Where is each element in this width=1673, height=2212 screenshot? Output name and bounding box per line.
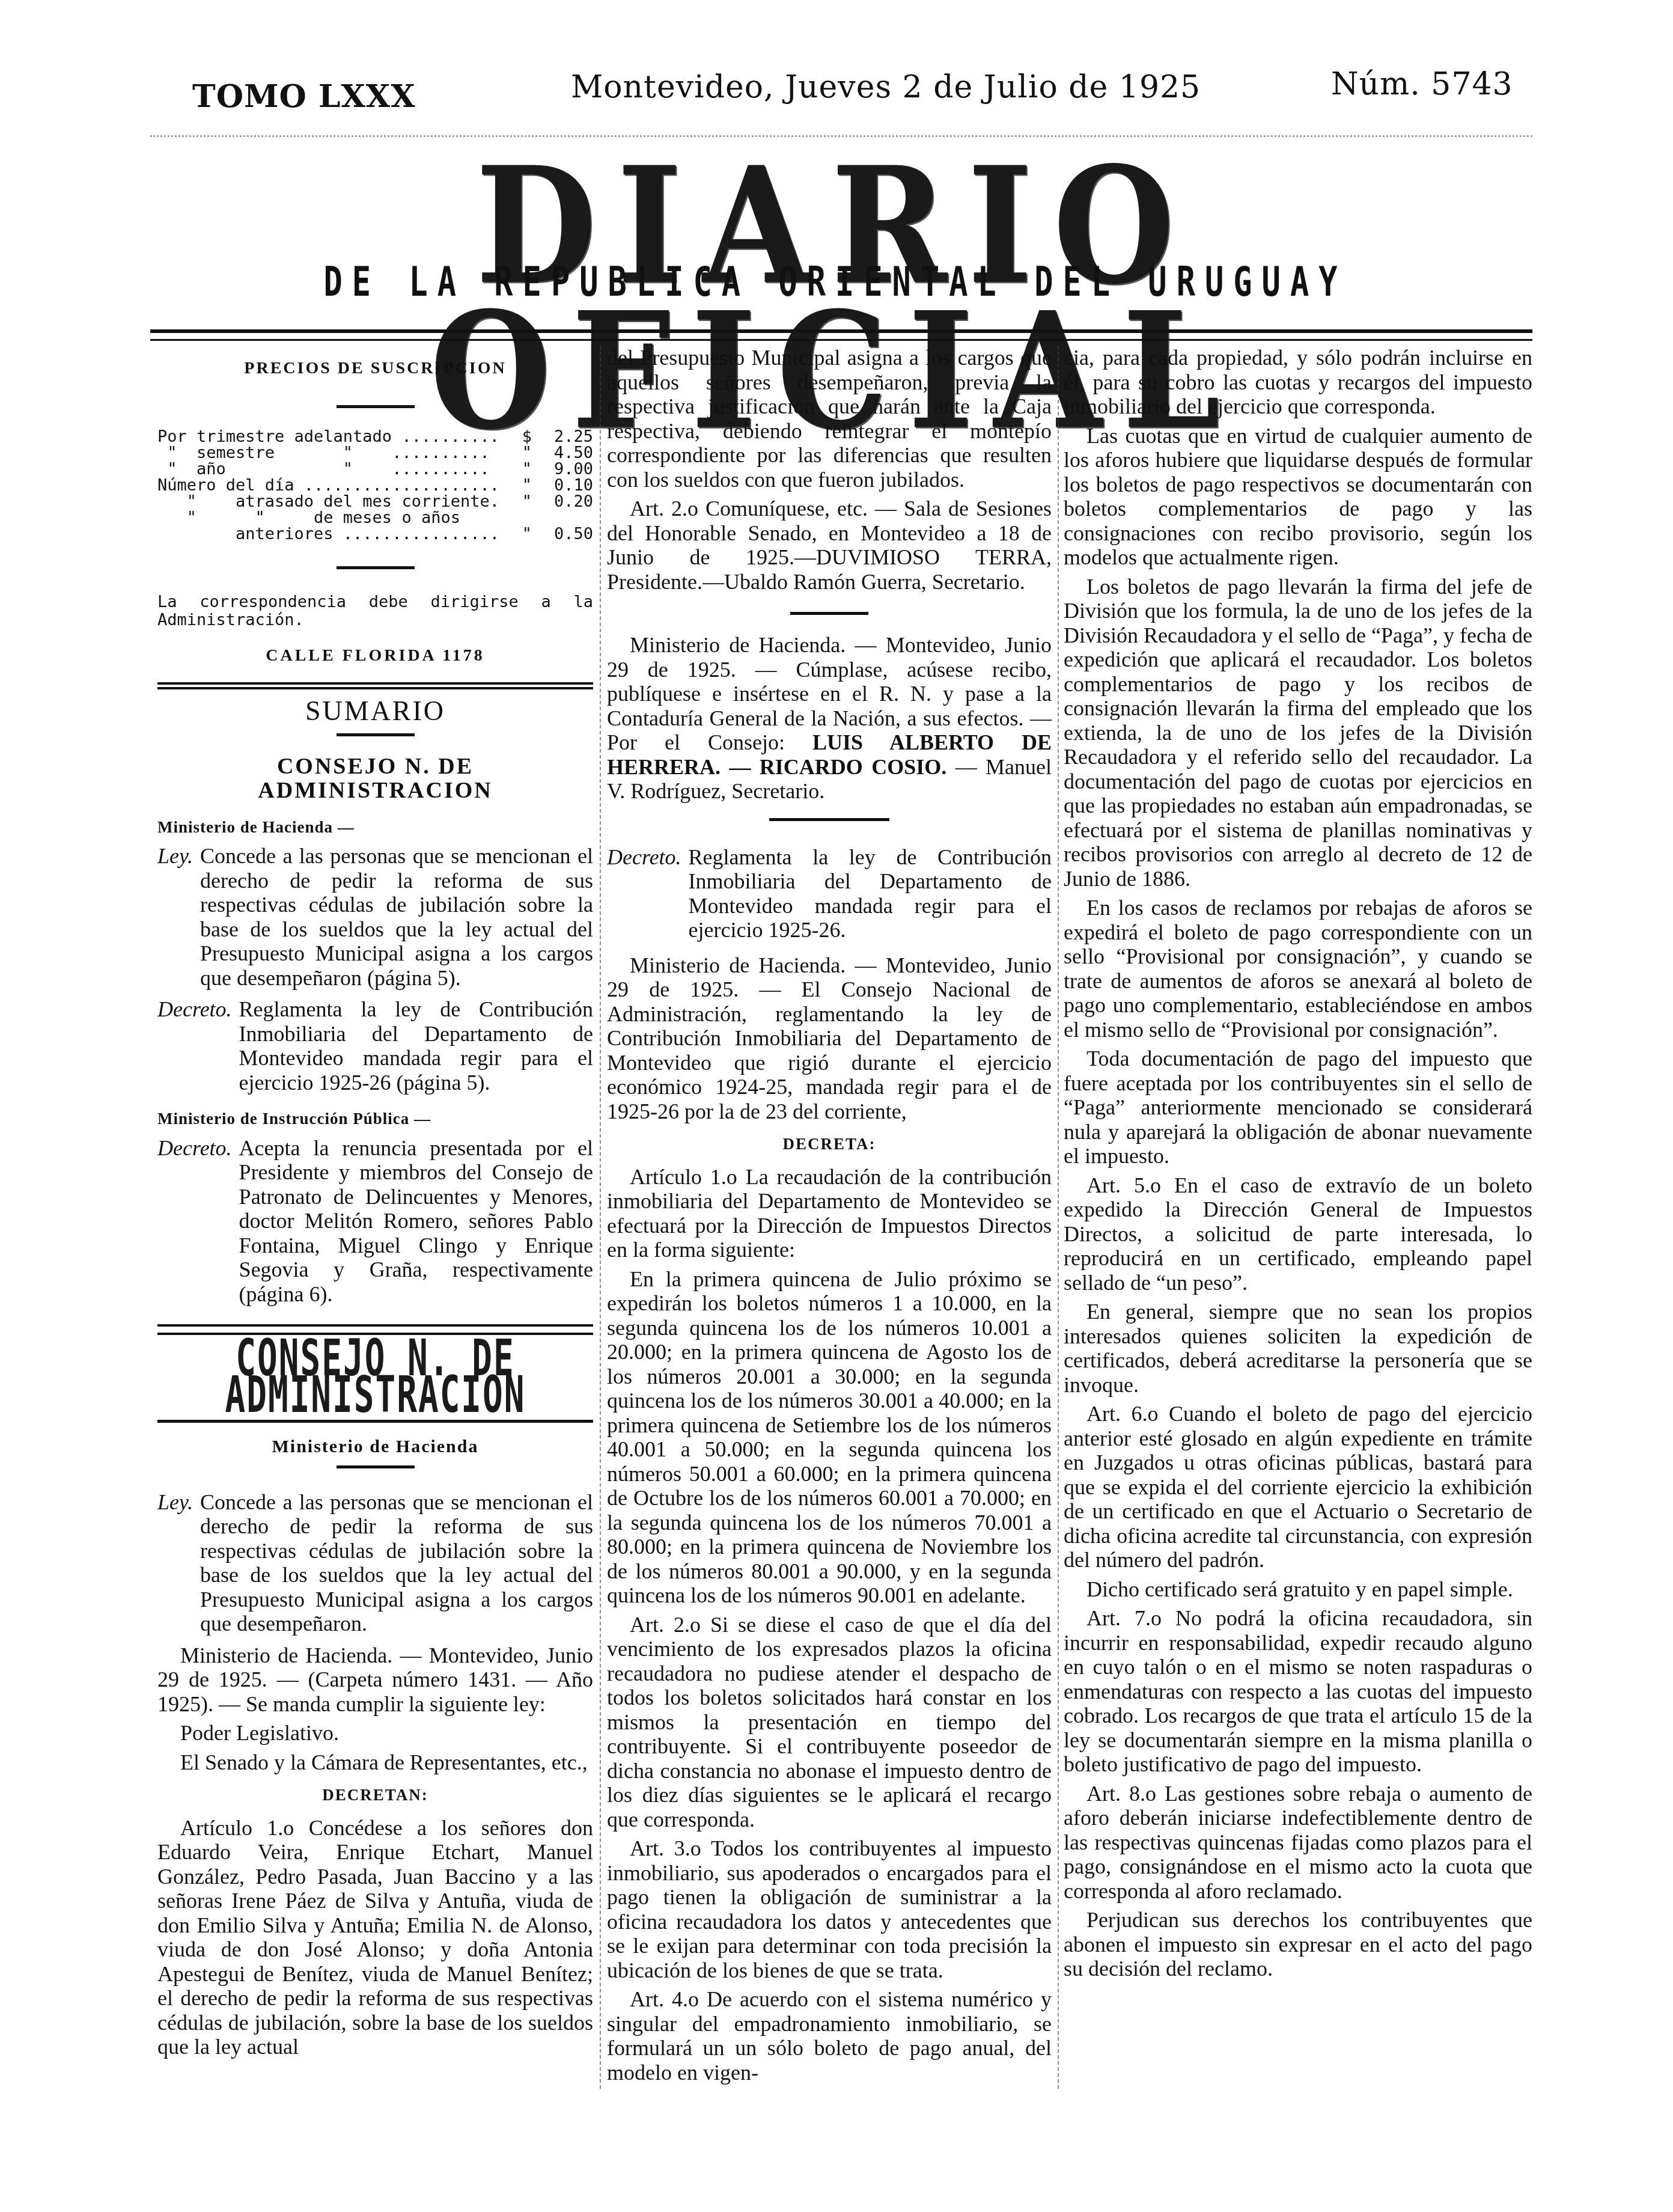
paragraph: Artículo 1.o La recaudación de la contri… xyxy=(607,1165,1052,1262)
col2-paragraphs: Artículo 1.o La recaudación de la contri… xyxy=(607,1165,1052,2085)
price-label: " semestre " .......... xyxy=(157,445,509,461)
ministry-heading: Ministerio de Hacienda xyxy=(157,1435,593,1459)
column-middle: del Presupuesto Municipal asigna a los c… xyxy=(607,346,1052,2089)
paragraph: Art. 4.o De acuerdo con el sistema numér… xyxy=(607,1987,1052,2085)
entry-text: Concede a las personas que se mencionan … xyxy=(200,1490,593,1636)
price-row: Número del día ...................."0.10 xyxy=(157,477,593,493)
paragraph: Ministerio de Hacienda. — Montevideo, Ju… xyxy=(157,1643,593,1717)
decreto-entry: Decreto. Reglamenta la ley de Contribuci… xyxy=(607,845,1052,943)
paragraph: Art. 3.o Todos los contribuyentes al imp… xyxy=(607,1836,1052,1982)
column-divider xyxy=(600,346,601,2089)
price-label: Número del día .................... xyxy=(157,477,509,493)
ministry-heading: Ministerio de Hacienda — xyxy=(157,815,593,840)
price-label: Por trimestre adelantado .......... xyxy=(157,429,509,445)
paragraph: Los boletos de pago llevarán la firma de… xyxy=(1064,575,1532,891)
entry-kind: Ley. xyxy=(157,1490,200,1636)
paragraph: Art. 2.o Si se diese el caso de que el d… xyxy=(607,1613,1052,1832)
price-value: 0.50 xyxy=(545,526,593,542)
price-value: 0.20 xyxy=(545,493,593,510)
price-currency: " xyxy=(509,461,545,477)
paragraph: El Senado y la Cámara de Representantes,… xyxy=(157,1750,593,1775)
section-rule xyxy=(157,682,593,689)
price-value: 0.10 xyxy=(545,477,593,493)
sumario-groups: Ministerio de Hacienda —Ley.Concede a la… xyxy=(157,815,593,1307)
price-row: Por trimestre adelantado ..........$2.25 xyxy=(157,429,593,445)
price-currency: " xyxy=(509,445,545,461)
column-right: cia, para cada propiedad, y sólo podrán … xyxy=(1064,346,1532,1986)
price-value: 4.50 xyxy=(545,445,593,461)
paragraph: Perjudican sus derechos los contribuyent… xyxy=(1064,1908,1532,1981)
header-double-rule xyxy=(150,329,1532,341)
decretan-heading: DECRETAN: xyxy=(157,1783,593,1807)
paragraph: Art. 6.o Cuando el boleto de pago del ej… xyxy=(1064,1402,1532,1572)
masthead-subtitle: DE LA REPUBLICA ORIENTAL DEL URUGUAY xyxy=(156,259,1514,306)
paragraph: Toda documentación de pago del impuesto … xyxy=(1064,1046,1532,1169)
sumario-title: SUMARIO xyxy=(157,699,593,724)
short-rule xyxy=(337,405,415,408)
entry-text: Reglamenta la ley de Contribución Inmobi… xyxy=(689,845,1052,943)
short-rule xyxy=(790,612,868,615)
volume-label: TOMO LXXX xyxy=(192,78,416,115)
col3-paragraphs: cia, para cada propiedad, y sólo podrán … xyxy=(1064,346,1532,1981)
price-label: " atrasado del mes corriente. xyxy=(157,493,509,510)
entry-text: Acepta la renuncia presentada por el Pre… xyxy=(239,1136,593,1307)
price-row: " " de meses o años xyxy=(157,510,593,526)
issue-number: Núm. 5743 xyxy=(1331,66,1513,102)
price-row: " año " .........."9.00 xyxy=(157,461,593,477)
price-currency: " xyxy=(509,477,545,493)
sumario-entry: Ley.Concede a las personas que se mencio… xyxy=(157,844,593,990)
paragraph: Art. 8.o Las gestiones sobre rebaja o au… xyxy=(1064,1782,1532,1904)
place-date: Montevideo, Jueves 2 de Julio de 1925 xyxy=(571,69,1201,105)
decree-preamble: Ministerio de Hacienda. — Montevideo, Ju… xyxy=(607,953,1052,1124)
entry-kind: Ley. xyxy=(157,844,200,990)
short-rule xyxy=(337,733,415,736)
price-currency xyxy=(509,510,545,526)
column-divider xyxy=(1058,346,1059,2089)
price-label: " " de meses o años xyxy=(157,510,509,526)
entry-kind: Decreto. xyxy=(607,845,689,943)
continuation-text: del Presupuesto Municipal asigna a los c… xyxy=(607,346,1052,492)
paragraph: Las cuotas que en virtud de cualquier au… xyxy=(1064,424,1532,570)
paragraph: En la primera quincena de Julio próximo … xyxy=(607,1267,1052,1608)
price-value: 2.25 xyxy=(545,429,593,445)
price-row: " semestre " .........."4.50 xyxy=(157,445,593,461)
decreta-heading: DECRETA: xyxy=(607,1132,1052,1156)
price-currency: $ xyxy=(509,429,545,445)
paragraph: En general, siempre que no sean los prop… xyxy=(1064,1300,1532,1397)
price-label: anteriores ................ xyxy=(157,526,509,542)
ley-entry: Ley. Concede a las personas que se menci… xyxy=(157,1490,593,1636)
entry-text: Reglamenta la ley de Contribución Inmobi… xyxy=(239,997,593,1095)
paragraph: Dicho certificado será gratuito y en pap… xyxy=(1064,1577,1532,1602)
sumario-entry: Decreto.Acepta la renuncia presentada po… xyxy=(157,1136,593,1307)
column-left: PRECIOS DE SUSCRIPCION Por trimestre ade… xyxy=(157,346,593,2064)
price-currency: " xyxy=(509,493,545,510)
correspondence-note: La correspondencia debe dirigirse a la A… xyxy=(157,593,593,629)
short-rule xyxy=(337,1465,415,1468)
paragraph: Art. 7.o No podrá la oficina recaudadora… xyxy=(1064,1606,1532,1777)
entry-kind: Decreto. xyxy=(157,1136,239,1307)
price-row: " atrasado del mes corriente."0.20 xyxy=(157,493,593,510)
ministry-heading: Ministerio de Instrucción Pública — xyxy=(157,1107,593,1131)
price-table: Por trimestre adelantado ..........$2.25… xyxy=(157,429,593,542)
sumario-entry: Decreto.Reglamenta la ley de Contribució… xyxy=(157,997,593,1095)
paragraph: cia, para cada propiedad, y sólo podrán … xyxy=(1064,346,1532,419)
cumplase-paragraph: Ministerio de Hacienda. — Montevideo, Ju… xyxy=(607,633,1052,804)
entry-kind: Decreto. xyxy=(157,997,239,1095)
article-1: Artículo 1.o Concédese a los señores don… xyxy=(157,1816,593,2059)
article-2: Art. 2.o Comuníquese, etc. — Sala de Ses… xyxy=(607,496,1052,594)
address: CALLE FLORIDA 1178 xyxy=(157,644,593,668)
price-label: " año " .......... xyxy=(157,461,509,477)
price-currency: " xyxy=(509,526,545,542)
col1-paragraphs: Ministerio de Hacienda. — Montevideo, Ju… xyxy=(157,1643,593,1775)
paragraph: Art. 5.o En el caso de extravío de un bo… xyxy=(1064,1173,1532,1295)
prices-title: PRECIOS DE SUSCRIPCION xyxy=(157,356,593,381)
big-section-title: CONSEJO N. DE ADMINISTRACION xyxy=(157,1341,593,1414)
paragraph: Poder Legislativo. xyxy=(157,1721,593,1746)
short-rule xyxy=(337,566,415,569)
paragraph: En los casos de reclamos por rebajas de … xyxy=(1064,896,1532,1042)
sumario-section: CONSEJO N. DE ADMINISTRACION xyxy=(157,754,593,803)
price-row: anteriores ................"0.50 xyxy=(157,526,593,542)
price-value xyxy=(545,510,593,526)
price-value: 9.00 xyxy=(545,461,593,477)
short-rule xyxy=(769,818,889,821)
entry-text: Concede a las personas que se mencionan … xyxy=(200,844,593,990)
